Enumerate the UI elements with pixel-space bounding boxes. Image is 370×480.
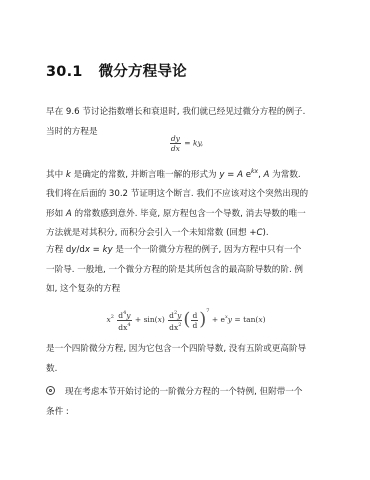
text-line: 方程 dy/dx = ky 是一个一阶微分方程的例子, 因为方程中只有一个 xyxy=(46,241,326,261)
fraction: dy dx xyxy=(170,134,181,153)
section-title: 微分方程导论 xyxy=(99,64,187,80)
text-line: 条件 : xyxy=(46,403,326,423)
fraction: d2y dx2 xyxy=(168,309,182,332)
circled-dot-icon xyxy=(46,386,55,395)
text-line: 如, 这个复杂的方程 xyxy=(46,280,326,300)
text-line: 现在考虑本节开始讨论的一阶微分方程的一个特例, 但附带一个 xyxy=(46,383,326,403)
text-line: 其中 k 是确定的常数, 并断言唯一解的形式为 y = A ekx, A 为常数… xyxy=(46,162,326,185)
text-line: 一阶导. 一般地, 一个微分方程的阶是其所包含的最高阶导数的阶. 例 xyxy=(46,261,326,281)
text-line: 是一个四阶微分方程, 因为它包含一个四阶导数, 没有五阶或更高阶导 xyxy=(46,340,326,360)
fraction: d d xyxy=(191,311,198,330)
text-line: 形如 A 的常数感到意外. 毕竟, 原方程包含一个导数, 消去导数的唯一 xyxy=(46,205,326,225)
text-line: 我们将在后面的 30.2 节证明这个断言. 我们不应该对这个突然出现的 xyxy=(46,185,326,205)
fourth-order-paragraph: 是一个四阶微分方程, 因为它包含一个四阶导数, 没有五阶或更高阶导 数. xyxy=(46,340,326,379)
order-paragraph: 方程 dy/dx = ky 是一个一阶微分方程的例子, 因为方程中只有一个 一阶… xyxy=(46,241,326,300)
text-line: 数. xyxy=(46,360,326,380)
section-number: 30.1 xyxy=(46,64,83,80)
equation-fourth-order: x2 d4y dx4 + sin(x) d2y dx2 ( d d )7 + e… xyxy=(46,308,326,332)
text-line: 早在 9.6 节讨论指数增长和衰退时, 我们就已经见过微分方程的例子. xyxy=(46,103,326,123)
fraction: d4y dx4 xyxy=(117,309,131,332)
equation-dy-dx-ky: dy dx = ky, xyxy=(46,134,326,153)
remark-paragraph: 现在考虑本节开始讨论的一阶微分方程的一个特例, 但附带一个 条件 : xyxy=(46,383,326,422)
explanation-paragraph: 其中 k 是确定的常数, 并断言唯一解的形式为 y = A ekx, A 为常数… xyxy=(46,162,326,244)
section-heading: 30.1微分方程导论 xyxy=(46,60,187,81)
